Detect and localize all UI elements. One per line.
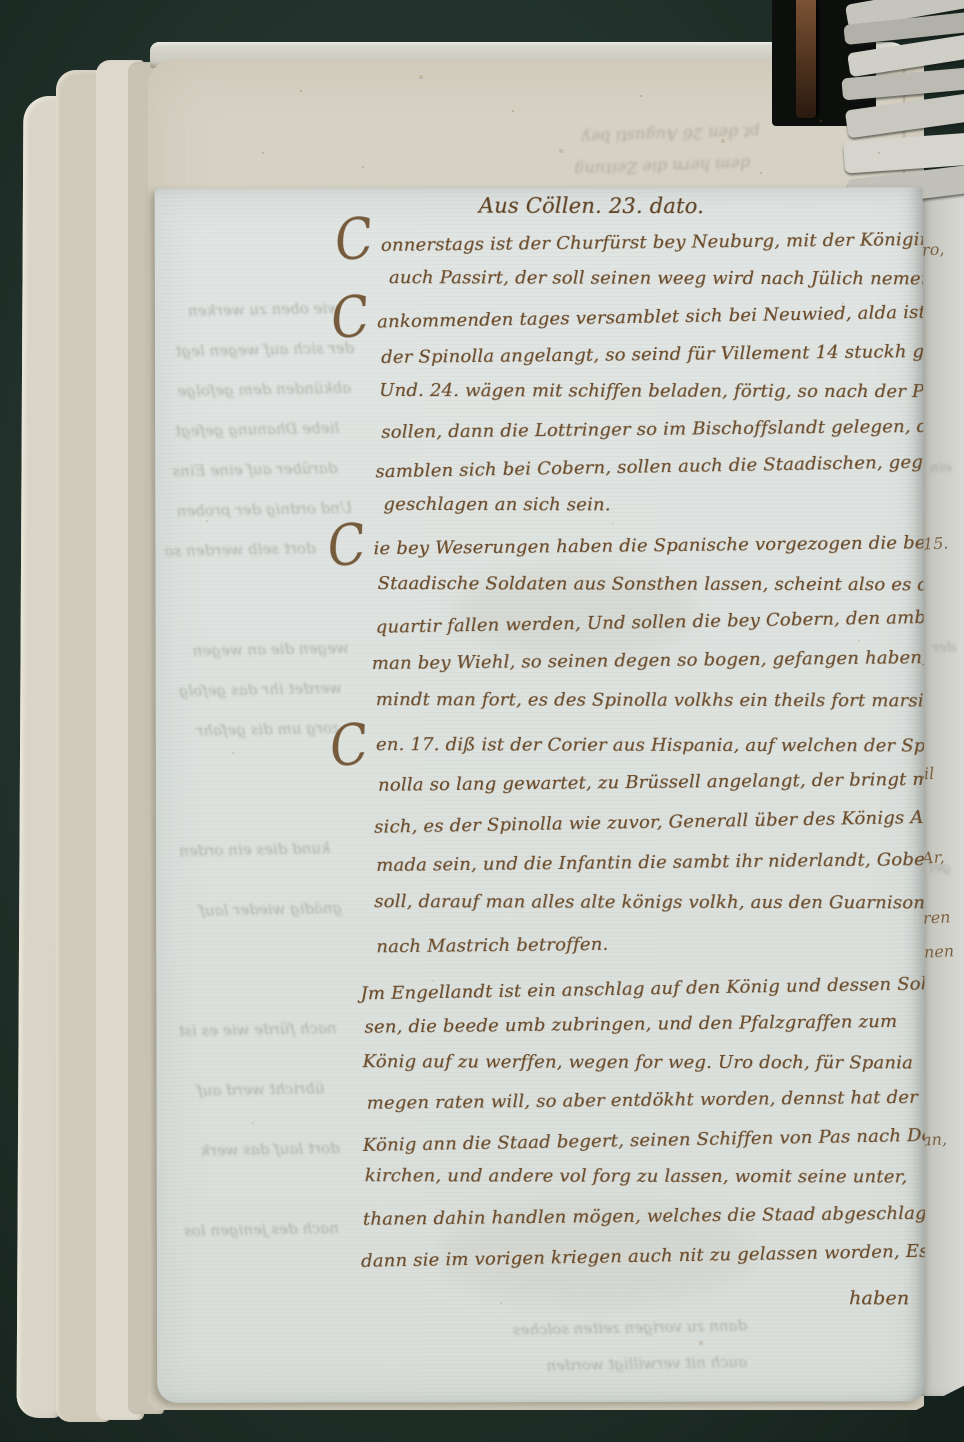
ghost-line: abkünden dem gefolge	[161, 379, 351, 401]
text-line: ankommenden tages versamblet sich bei Ne…	[377, 300, 925, 333]
ghost-line: nach fürde wie es ist	[166, 1019, 336, 1040]
ghost-line: der sich auf wegen legt	[169, 339, 354, 361]
text-line: König ann die Staad begert, seinen Schif…	[363, 1125, 926, 1156]
ghost-line: darüber auf eine Eins	[167, 459, 337, 480]
ghost-line: wie oben zu werken	[165, 299, 340, 320]
text-line: sen, die beede umb zubringen, und den Pf…	[364, 1011, 897, 1038]
text-line: mindt man fort, es des Spinolla volkhs e…	[376, 689, 925, 711]
catchword: haben	[849, 1287, 909, 1309]
line-tail: nen	[924, 941, 955, 962]
ghost-mark: ein	[930, 460, 952, 477]
ghost-line: wegen die an wegen	[164, 639, 349, 661]
text-line: samblen sich bei Cobern, sollen auch die…	[375, 450, 925, 482]
text-line: thanen dahin handlen mögen, welches die …	[363, 1203, 925, 1230]
ghost-line: dann zu vorigen zeiten solches	[387, 1316, 747, 1341]
ghost-line: dort selb werden soll	[165, 539, 315, 560]
text-line: ie bey Weserungen haben die Spanische vo…	[373, 531, 925, 559]
ghost-line: dem hern die Zeitung	[540, 154, 751, 180]
text-line: man bey Wiehl, so seinen degen so bogen,…	[372, 646, 926, 674]
text-line: kirchen, und andere vol forg zu lassen, …	[365, 1165, 908, 1187]
dateline-heading: Aus Cöllen. 23. dato.	[479, 194, 704, 219]
ghost-mark: gel	[929, 860, 951, 877]
paragraph-initial: C	[327, 715, 372, 775]
ghost-line: werdet ihr das gefolg	[172, 679, 342, 700]
line-tail: ro,	[922, 239, 945, 259]
line-tail: an,	[922, 1129, 948, 1149]
ghost-line: kund dies ein orden	[170, 839, 330, 860]
ghost-line: zorg um dis gefahr	[160, 719, 340, 741]
paragraph-initial: C	[328, 287, 373, 347]
line-tail: 15.	[923, 533, 949, 553]
text-line: mada sein, und die Infantin die sambt ih…	[376, 848, 925, 876]
text-line: soll, darauf man alles alte königs volkh…	[374, 891, 925, 913]
text-line: nolla so lang gewartet, zu Brüssell ange…	[378, 769, 925, 796]
text-line: sollen, dann die Lottringer so im Bischo…	[381, 416, 925, 443]
ghost-line: gnädig wieder lauf	[162, 899, 342, 921]
ghost-line: dort lauf das werk	[165, 1139, 340, 1160]
text-line: Und. 24. wägen mit schiffen beladen, för…	[379, 380, 925, 402]
ghost-line: liebe Dhanung gefegt	[159, 419, 339, 441]
text-line: König auf zu werffen, wegen for weg. Uro…	[363, 1051, 913, 1073]
text-line: en. 17. diß ist der Corier aus Hispania,…	[376, 734, 925, 756]
letter-sheet: wie oben zu werken der sich auf wegen le…	[155, 187, 926, 1403]
paragraph-initial: C	[324, 515, 369, 575]
text-line: megen raten will, so aber entdökht worde…	[367, 1087, 918, 1114]
line-tail: il	[924, 764, 935, 784]
paragraph-initial: C	[332, 209, 377, 269]
text-line: Jm Engellandt ist ein anschlag auf den K…	[360, 972, 925, 1004]
ghost-line: pt den 26 Augusti bey	[430, 122, 760, 153]
foxing-speckles	[0, 0, 2, 2]
text-line: Staadische Soldaten aus Sonsthen lassen,…	[378, 573, 926, 595]
ghost-mark: der	[932, 640, 956, 657]
text-line: geschlagen an sich sein.	[383, 494, 610, 516]
clasp-strip	[796, 0, 816, 118]
text-line: onnerstags ist der Churfürst bey Neuburg…	[381, 229, 926, 256]
text-line: sich, es der Spinolla wie zuvor, General…	[374, 807, 925, 838]
text-line: der Spinolla angelangt, so seind für Vil…	[381, 340, 925, 368]
ghost-line: übricht werd auf	[174, 1079, 324, 1100]
manuscript-photo: pt den 26 Augusti bey dem hern die Zeitu…	[0, 0, 964, 1442]
text-line: auch Passirt, der soll seinen weeg wird …	[389, 267, 925, 289]
text-line: nach Mastrich betroffen.	[376, 934, 608, 958]
ghost-line: auch nit verwilligt worden	[417, 1353, 747, 1377]
ghost-line: nach des jenigen los	[169, 1219, 339, 1240]
line-tail: ren	[923, 907, 951, 927]
